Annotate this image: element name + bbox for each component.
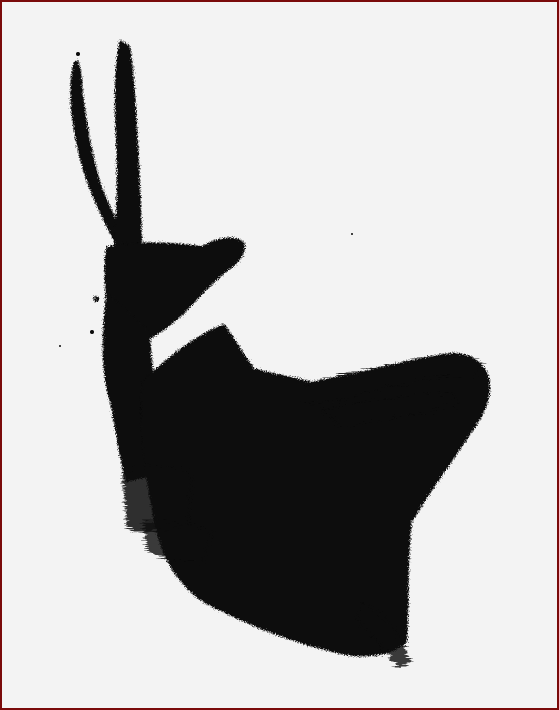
- artwork-frame: Abstract black ink brush painting on off…: [0, 0, 559, 710]
- ink-brush-painting: [2, 2, 559, 710]
